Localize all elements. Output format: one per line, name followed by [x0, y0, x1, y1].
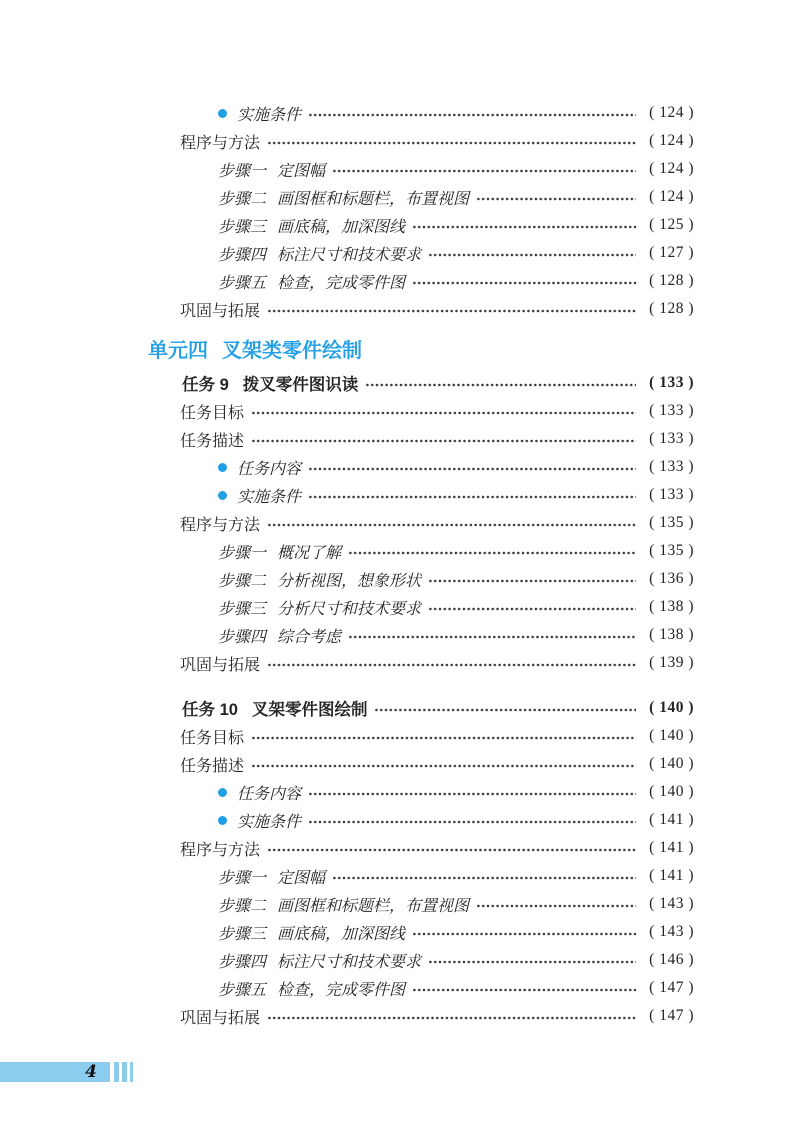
- toc-row-title: 任务描述: [180, 753, 244, 776]
- bullet-icon: [218, 463, 227, 472]
- dot-leader-icon: [374, 708, 636, 712]
- toc-row-title: 定图幅: [277, 865, 325, 888]
- toc-row-title: 实施条件: [237, 102, 301, 125]
- toc-row-step: 步骤三画底稿，加深图线( 125 ): [180, 211, 694, 239]
- dot-leader-icon: [267, 523, 636, 527]
- toc-row-section: 程序与方法( 141 ): [180, 834, 694, 862]
- toc-row-page: ( 147 ): [640, 979, 694, 997]
- toc-row-page: ( 124 ): [640, 104, 694, 122]
- dot-leader-icon: [428, 960, 636, 964]
- toc-row-page: ( 127 ): [640, 244, 694, 262]
- toc-row-label: 步骤五: [218, 270, 266, 293]
- toc-row-page: ( 133 ): [640, 486, 694, 504]
- toc-row-section: 程序与方法( 124 ): [180, 127, 694, 155]
- toc-row-bullet: 实施条件( 124 ): [180, 99, 694, 127]
- toc-row-step: 步骤四标注尺寸和技术要求( 146 ): [180, 946, 694, 974]
- toc-row-section: 程序与方法( 135 ): [180, 509, 694, 537]
- toc-row-page: ( 138 ): [640, 626, 694, 644]
- toc-row-step: 步骤四标注尺寸和技术要求( 127 ): [180, 239, 694, 267]
- dot-leader-icon: [308, 113, 636, 117]
- toc-row-page: ( 133 ): [640, 430, 694, 448]
- toc-row-task: 任务 10叉架零件图绘制( 140 ): [180, 694, 694, 722]
- toc-row-page: ( 124 ): [640, 160, 694, 178]
- bullet-icon: [218, 491, 227, 500]
- dot-leader-icon: [251, 411, 636, 415]
- toc-row-label: 步骤四: [218, 242, 266, 265]
- toc-row-title: 程序与方法: [180, 837, 260, 860]
- toc-row-title: 分析尺寸和技术要求: [277, 596, 421, 619]
- toc-row-page: ( 133 ): [640, 458, 694, 476]
- toc-row-title: 概况了解: [277, 540, 341, 563]
- toc-row-page: ( 141 ): [640, 811, 694, 829]
- footer-page-bar: 4: [0, 1062, 110, 1082]
- toc-row-page: ( 125 ): [640, 216, 694, 234]
- toc-row-label: 步骤二: [218, 186, 266, 209]
- toc-row-page: ( 139 ): [640, 654, 694, 672]
- toc-row-page: ( 124 ): [640, 132, 694, 150]
- toc-row-section: 巩固与拓展( 147 ): [180, 1002, 694, 1030]
- dot-leader-icon: [251, 736, 636, 740]
- toc-row-page: ( 138 ): [640, 598, 694, 616]
- unit-heading-title: 叉架类零件绘制: [222, 334, 362, 363]
- dot-leader-icon: [348, 635, 636, 639]
- toc-row-page: ( 128 ): [640, 300, 694, 318]
- unit-heading: 单元四 叉架类零件绘制: [148, 334, 362, 362]
- dot-leader-icon: [412, 225, 636, 229]
- toc-row-title: 检查，完成零件图: [277, 977, 405, 1000]
- toc-row-section: 任务描述( 133 ): [180, 425, 694, 453]
- toc-row-title: 分析视图，想象形状: [277, 568, 421, 591]
- toc-row-title: 画底稿，加深图线: [277, 921, 405, 944]
- toc-row-section: 任务目标( 140 ): [180, 722, 694, 750]
- toc-row-title: 标注尺寸和技术要求: [277, 242, 421, 265]
- toc-row-title: 巩固与拓展: [180, 298, 260, 321]
- toc-row-page: ( 143 ): [640, 923, 694, 941]
- toc-row-page: ( 133 ): [640, 374, 694, 392]
- toc-block-task-10: 任务 10叉架零件图绘制( 140 )任务目标( 140 )任务描述( 140 …: [180, 694, 694, 1030]
- toc-row-title: 任务内容: [237, 781, 301, 804]
- dot-leader-icon: [251, 439, 636, 443]
- dot-leader-icon: [267, 309, 636, 313]
- toc-row-step: 步骤五检查，完成零件图( 128 ): [180, 267, 694, 295]
- toc-row-step: 步骤四综合考虑( 138 ): [180, 621, 694, 649]
- toc-row-step: 步骤二画图框和标题栏，布置视图( 143 ): [180, 890, 694, 918]
- toc-row-task: 任务 9拨叉零件图识读( 133 ): [180, 369, 694, 397]
- toc-row-page: ( 141 ): [640, 839, 694, 857]
- toc-row-step: 步骤三分析尺寸和技术要求( 138 ): [180, 593, 694, 621]
- toc-row-step: 步骤一定图幅( 141 ): [180, 862, 694, 890]
- toc-row-title: 画图框和标题栏，布置视图: [277, 186, 469, 209]
- toc-row-page: ( 135 ): [640, 514, 694, 532]
- dot-leader-icon: [332, 876, 636, 880]
- toc-row-title: 任务内容: [237, 456, 301, 479]
- toc-row-title: 巩固与拓展: [180, 652, 260, 675]
- toc-row-page: ( 124 ): [640, 188, 694, 206]
- toc-row-step: 步骤三画底稿，加深图线( 143 ): [180, 918, 694, 946]
- dot-leader-icon: [412, 281, 636, 285]
- toc-row-page: ( 140 ): [640, 783, 694, 801]
- toc-row-bullet: 实施条件( 141 ): [180, 806, 694, 834]
- bullet-icon: [218, 788, 227, 797]
- toc-row-page: ( 140 ): [640, 727, 694, 745]
- toc-row-label: 步骤五: [218, 977, 266, 1000]
- toc-row-page: ( 140 ): [640, 699, 694, 717]
- footer-stripe-icon: [122, 1062, 127, 1082]
- footer-stripe-icon: [130, 1062, 133, 1082]
- toc-row-step: 步骤一定图幅( 124 ): [180, 155, 694, 183]
- dot-leader-icon: [412, 988, 636, 992]
- toc-row-step: 步骤二画图框和标题栏，布置视图( 124 ): [180, 183, 694, 211]
- toc-row-label: 步骤三: [218, 921, 266, 944]
- toc-row-page: ( 135 ): [640, 542, 694, 560]
- toc-row-label: 步骤四: [218, 949, 266, 972]
- dot-leader-icon: [267, 141, 636, 145]
- dot-leader-icon: [251, 764, 636, 768]
- toc-row-bullet: 任务内容( 140 ): [180, 778, 694, 806]
- toc-row-title: 画图框和标题栏，布置视图: [277, 893, 469, 916]
- toc-row-label: 步骤一: [218, 158, 266, 181]
- dot-leader-icon: [332, 169, 636, 173]
- toc-row-label: 任务 9: [182, 371, 229, 395]
- toc-row-section: 任务目标( 133 ): [180, 397, 694, 425]
- dot-leader-icon: [308, 467, 636, 471]
- toc-row-label: 步骤一: [218, 540, 266, 563]
- toc-row-step: 步骤一概况了解( 135 ): [180, 537, 694, 565]
- bullet-icon: [218, 109, 227, 118]
- toc-row-bullet: 任务内容( 133 ): [180, 453, 694, 481]
- footer-page-number: 4: [85, 1064, 97, 1081]
- toc-row-title: 实施条件: [237, 484, 301, 507]
- toc-row-title: 综合考虑: [277, 624, 341, 647]
- toc-row-title: 检查，完成零件图: [277, 270, 405, 293]
- bullet-icon: [218, 816, 227, 825]
- dot-leader-icon: [267, 663, 636, 667]
- toc-row-title: 任务目标: [180, 400, 244, 423]
- dot-leader-icon: [428, 253, 636, 257]
- toc-row-bullet: 实施条件( 133 ): [180, 481, 694, 509]
- toc-row-label: 步骤二: [218, 893, 266, 916]
- toc-row-label: 步骤四: [218, 624, 266, 647]
- dot-leader-icon: [412, 932, 636, 936]
- dot-leader-icon: [348, 551, 636, 555]
- toc-row-step: 步骤二分析视图，想象形状( 136 ): [180, 565, 694, 593]
- toc-row-title: 实施条件: [237, 809, 301, 832]
- toc-row-page: ( 136 ): [640, 570, 694, 588]
- unit-heading-number: 单元四: [148, 334, 208, 363]
- toc-row-page: ( 133 ): [640, 402, 694, 420]
- dot-leader-icon: [428, 607, 636, 611]
- dot-leader-icon: [267, 1016, 636, 1020]
- dot-leader-icon: [308, 792, 636, 796]
- dot-leader-icon: [308, 495, 636, 499]
- toc-row-title: 程序与方法: [180, 512, 260, 535]
- toc-row-page: ( 128 ): [640, 272, 694, 290]
- toc-row-label: 步骤三: [218, 596, 266, 619]
- toc-row-page: ( 141 ): [640, 867, 694, 885]
- dot-leader-icon: [476, 904, 636, 908]
- toc-row-page: ( 140 ): [640, 755, 694, 773]
- toc-row-title: 拨叉零件图识读: [243, 371, 359, 395]
- toc-row-step: 步骤五检查，完成零件图( 147 ): [180, 974, 694, 1002]
- toc-block-previous-task-tail: 实施条件( 124 )程序与方法( 124 )步骤一定图幅( 124 )步骤二画…: [180, 99, 694, 323]
- dot-leader-icon: [365, 383, 636, 387]
- toc-row-title: 任务描述: [180, 428, 244, 451]
- toc-row-title: 叉架零件图绘制: [252, 696, 368, 720]
- dot-leader-icon: [476, 197, 636, 201]
- toc-row-label: 步骤三: [218, 214, 266, 237]
- dot-leader-icon: [308, 820, 636, 824]
- footer-stripe-icon: [114, 1062, 119, 1082]
- toc-row-label: 步骤一: [218, 865, 266, 888]
- toc-row-section: 巩固与拓展( 128 ): [180, 295, 694, 323]
- dot-leader-icon: [267, 848, 636, 852]
- dot-leader-icon: [428, 579, 636, 583]
- toc-row-title: 标注尺寸和技术要求: [277, 949, 421, 972]
- toc-row-title: 程序与方法: [180, 130, 260, 153]
- toc-row-title: 定图幅: [277, 158, 325, 181]
- toc-row-title: 画底稿，加深图线: [277, 214, 405, 237]
- toc-row-page: ( 146 ): [640, 951, 694, 969]
- toc-row-title: 任务目标: [180, 725, 244, 748]
- toc-row-label: 步骤二: [218, 568, 266, 591]
- toc-row-title: 巩固与拓展: [180, 1005, 260, 1028]
- toc-row-section: 巩固与拓展( 139 ): [180, 649, 694, 677]
- toc-row-label: 任务 10: [182, 696, 238, 720]
- toc-row-page: ( 143 ): [640, 895, 694, 913]
- toc-row-page: ( 147 ): [640, 1007, 694, 1025]
- toc-page: 实施条件( 124 )程序与方法( 124 )步骤一定图幅( 124 )步骤二画…: [0, 0, 800, 1127]
- toc-row-section: 任务描述( 140 ): [180, 750, 694, 778]
- toc-block-task-9: 任务 9拨叉零件图识读( 133 )任务目标( 133 )任务描述( 133 )…: [180, 369, 694, 677]
